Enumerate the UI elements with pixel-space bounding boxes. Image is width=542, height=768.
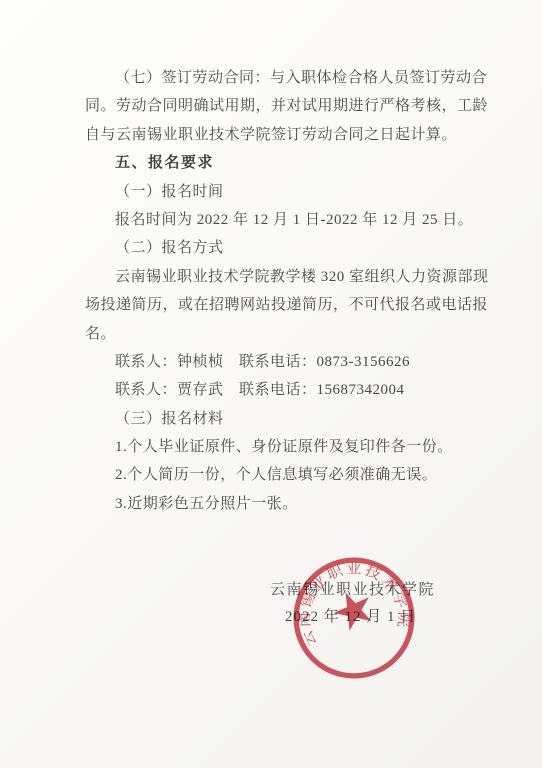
contact-line: 联系人：钟桢桢 联系电话：0873-3156626	[85, 348, 480, 376]
document-body: （七）签订劳动合同：与入职体检合格人员签订劳动合 同。劳动合同明确试用期，并对试…	[85, 64, 480, 518]
paragraph-line: 报名时间为 2022 年 12 月 1 日-2022 年 12 月 25 日。	[85, 206, 480, 234]
list-item: 3.近期彩色五分照片一张。	[85, 490, 480, 518]
section-heading: 五、报名要求	[85, 149, 480, 177]
subsection-title: （三）报名材料	[85, 405, 480, 433]
paragraph-line: 场投递简历，或在招聘网站投递简历，不可代报名或电话报	[85, 291, 480, 319]
document-page: （七）签订劳动合同：与入职体检合格人员签订劳动合 同。劳动合同明确试用期，并对试…	[0, 0, 542, 768]
list-item: 2.个人简历一份，个人信息填写必须准确无误。	[85, 461, 480, 489]
subsection-title: （一）报名时间	[85, 178, 480, 206]
contact-line: 联系人：贾存武 联系电话：15687342004	[85, 376, 480, 404]
subsection-title: （二）报名方式	[85, 234, 480, 262]
paragraph-line: 云南锡业职业技术学院教学楼 320 室组织人力资源部现	[85, 263, 480, 291]
list-item: 1.个人毕业证原件、身份证原件及复印件各一份。	[85, 433, 480, 461]
paragraph-line: （七）签订劳动合同：与入职体检合格人员签订劳动合	[85, 64, 480, 92]
paragraph-line: 同。劳动合同明确试用期，并对试用期进行严格考核，工龄	[85, 92, 480, 120]
official-seal: 云南锡业职业技术学院	[279, 543, 430, 694]
star-icon	[328, 584, 378, 633]
paragraph-line: 名。	[85, 320, 480, 348]
paragraph-line: 自与云南锡业职业技术学院签订劳动合同之日起计算。	[85, 121, 480, 149]
